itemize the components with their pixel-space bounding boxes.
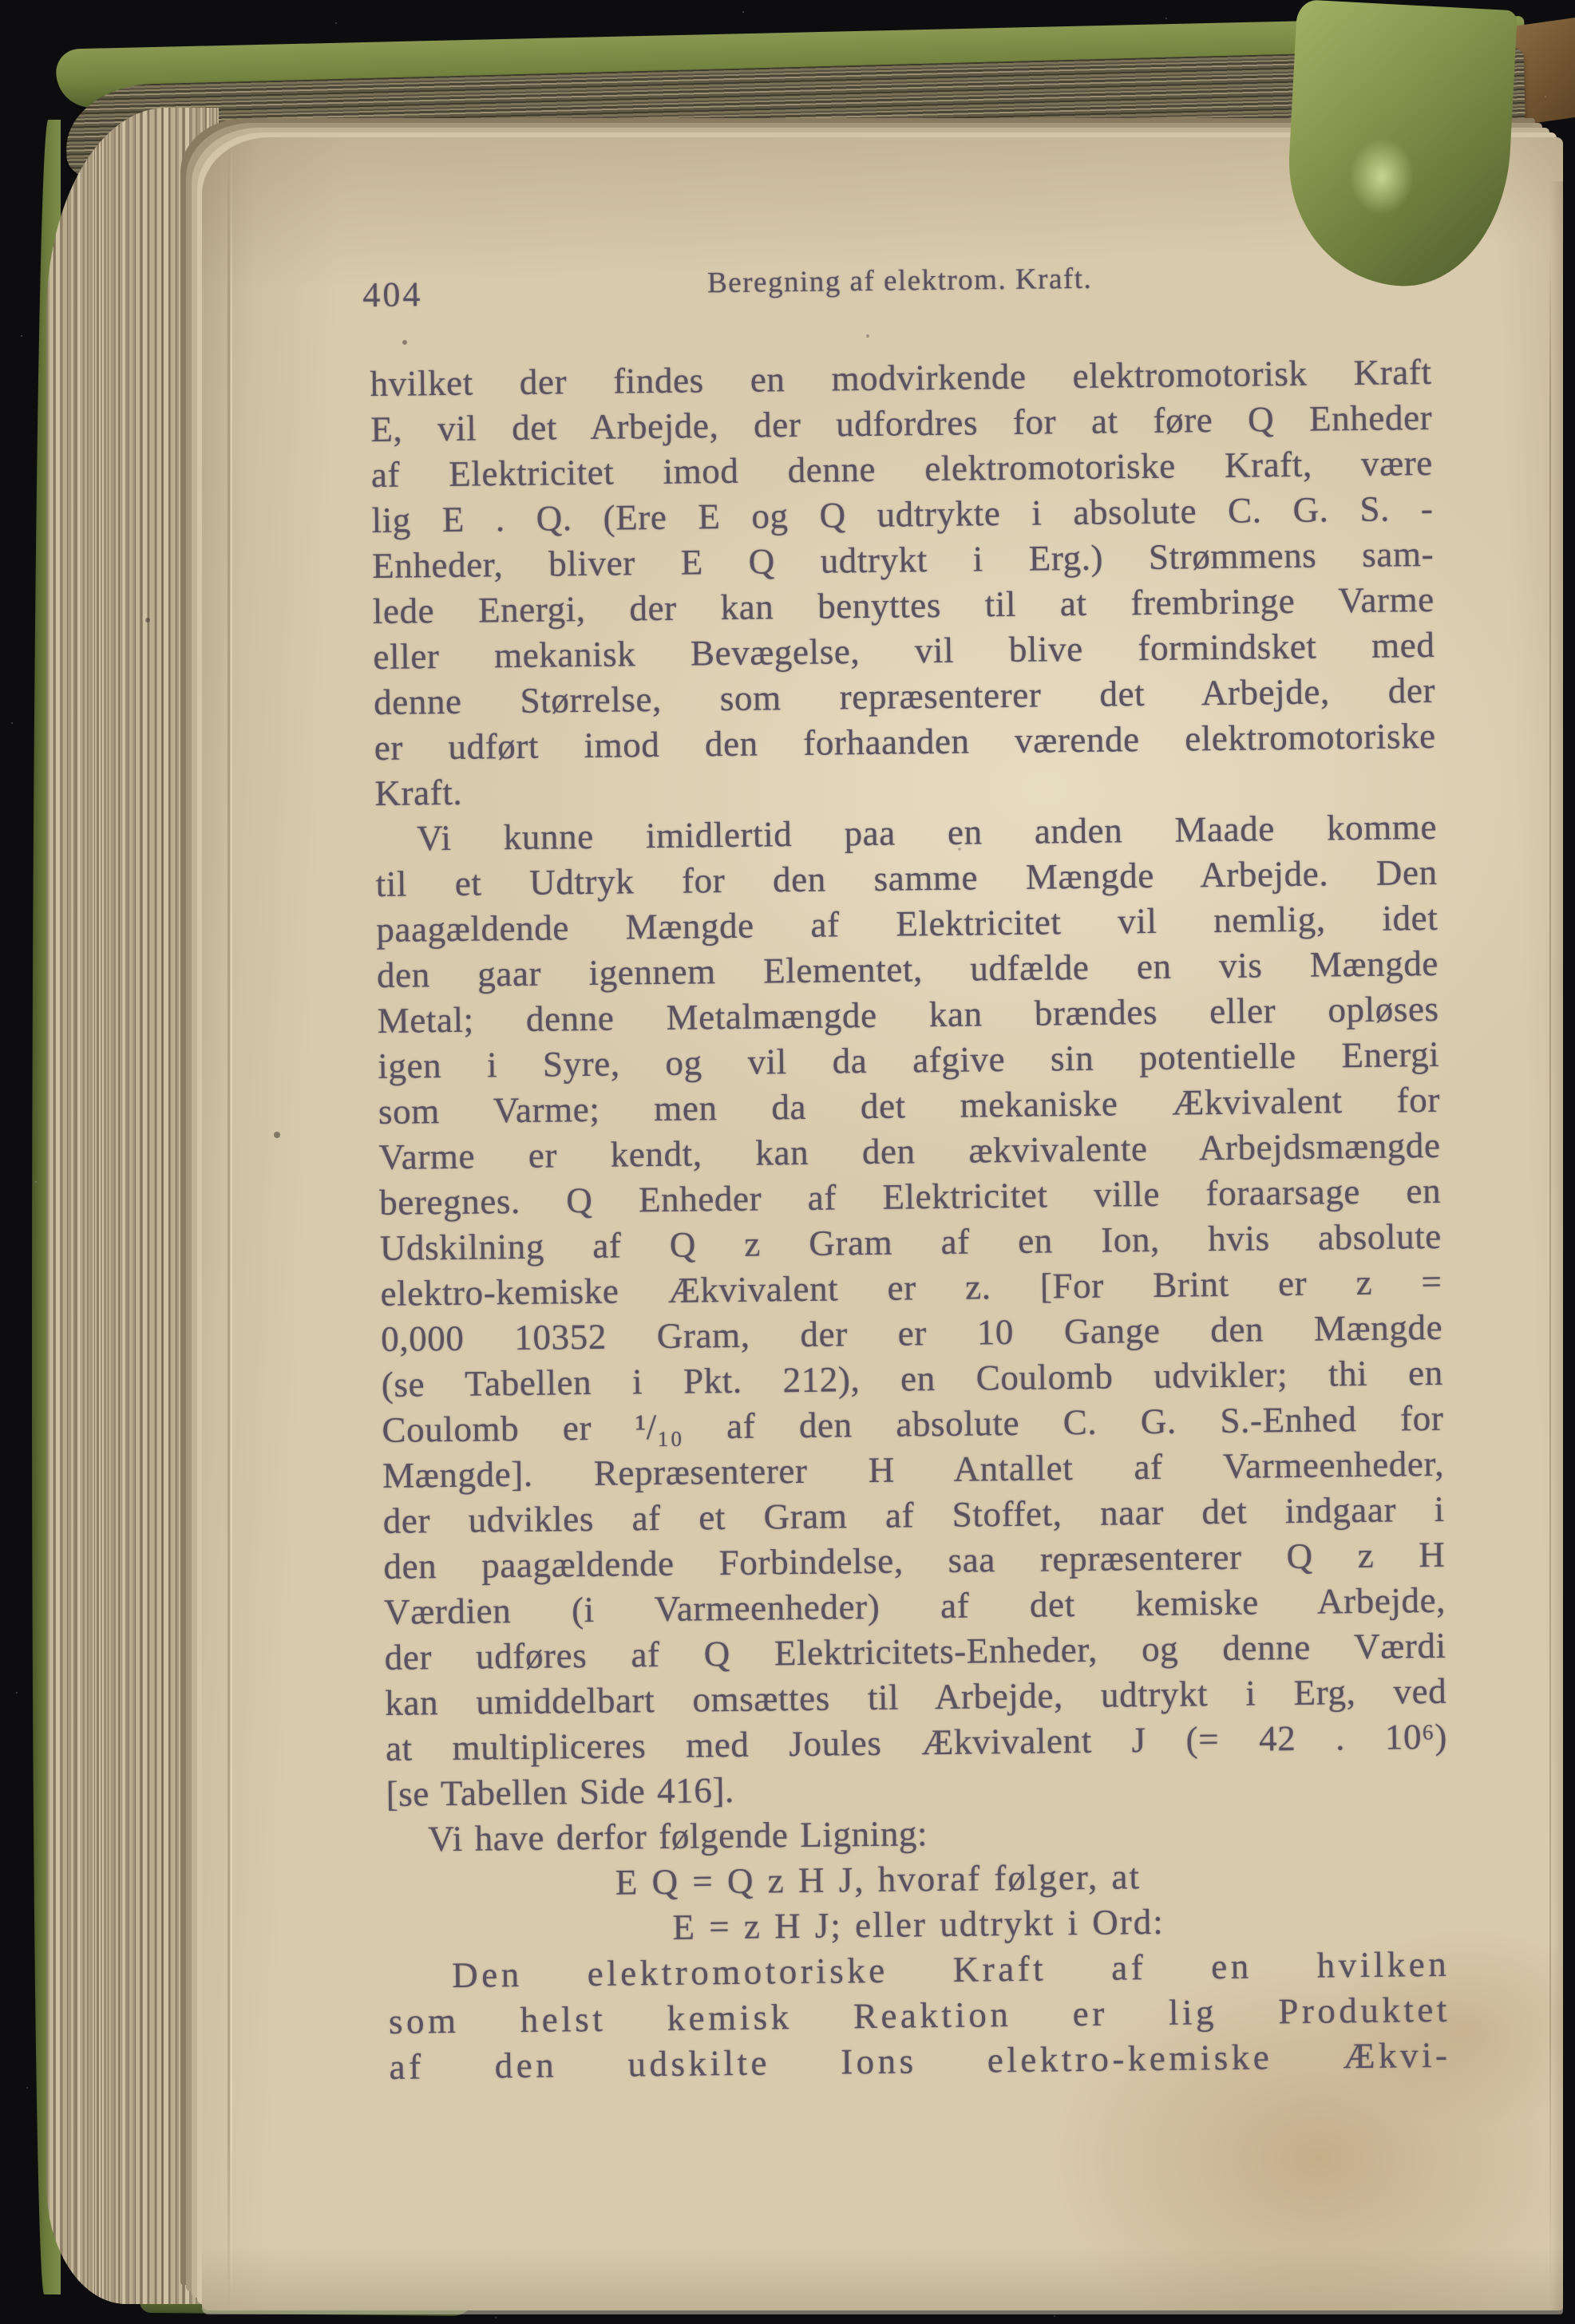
scanned-book-photo: { "page": { "number": "404", "running_he… [0,0,1575,2324]
printed-content: 404 Beregning af elektrom. Kraft. hvilke… [369,258,1451,2090]
underlying-page-edge [1550,181,1563,2310]
body-text: hvilket der findes en modvirkende elektr… [370,350,1450,2090]
page-stack-left-edges [46,108,219,2304]
dust-speckles [0,0,2,2]
page-right-edge-line [1549,241,1551,2310]
page-header: 404 Beregning af elektrom. Kraft. [369,258,1431,362]
page-crease-highlight [231,137,232,2310]
cloth-sheen-highlight [1348,137,1416,216]
running-header: Beregning af elektrom. Kraft. [369,258,1431,304]
book-page: 404 Beregning af elektrom. Kraft. hvilke… [202,137,1563,2310]
page-crease-line [228,137,230,2310]
